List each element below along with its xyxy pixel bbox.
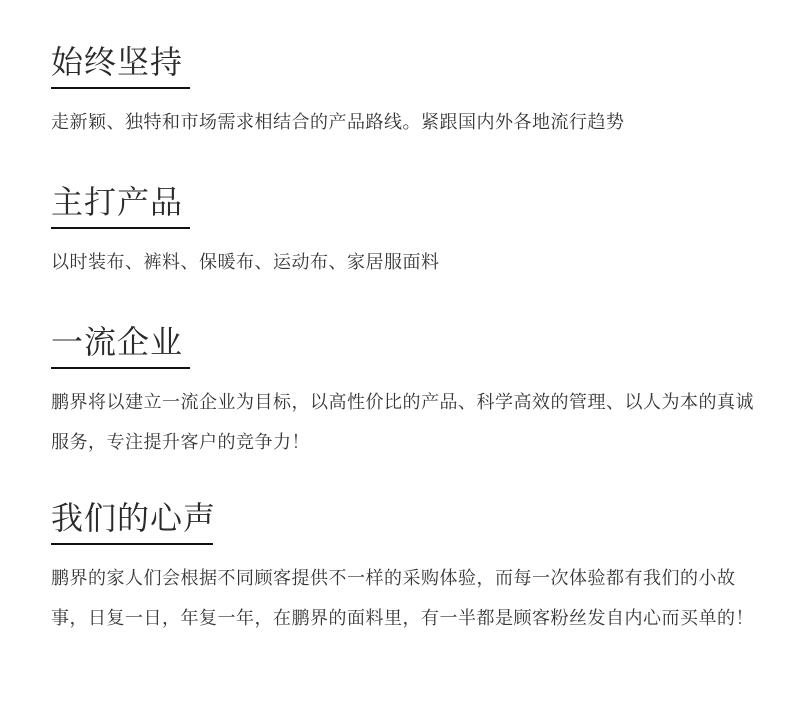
section-persistence: 始终坚持 走新颖、独特和市场需求相结合的产品路线。紧跟国内外各地流行趋势 xyxy=(51,42,761,143)
section-title: 主打产品 xyxy=(51,182,190,229)
section-body: 以时装布、裤料、保暖布、运动布、家居服面料 xyxy=(51,243,761,283)
section-body: 走新颖、独特和市场需求相结合的产品路线。紧跟国内外各地流行趋势 xyxy=(51,103,761,143)
section-title: 我们的心声 xyxy=(51,498,213,545)
section-body: 鹏界的家人们会根据不同顾客提供不一样的采购体验，而每一次体验都有我们的小故事，日… xyxy=(51,559,761,639)
section-title: 一流企业 xyxy=(51,322,190,369)
section-main-products: 主打产品 以时装布、裤料、保暖布、运动布、家居服面料 xyxy=(51,182,761,283)
section-first-class-enterprise: 一流企业 鹏界将以建立一流企业为目标，以高性价比的产品、科学高效的管理、以人为本… xyxy=(51,322,761,463)
section-title: 始终坚持 xyxy=(51,42,190,89)
section-our-voice: 我们的心声 鹏界的家人们会根据不同顾客提供不一样的采购体验，而每一次体验都有我们… xyxy=(51,498,761,639)
section-body: 鹏界将以建立一流企业为目标，以高性价比的产品、科学高效的管理、以人为本的真诚服务… xyxy=(51,383,761,463)
